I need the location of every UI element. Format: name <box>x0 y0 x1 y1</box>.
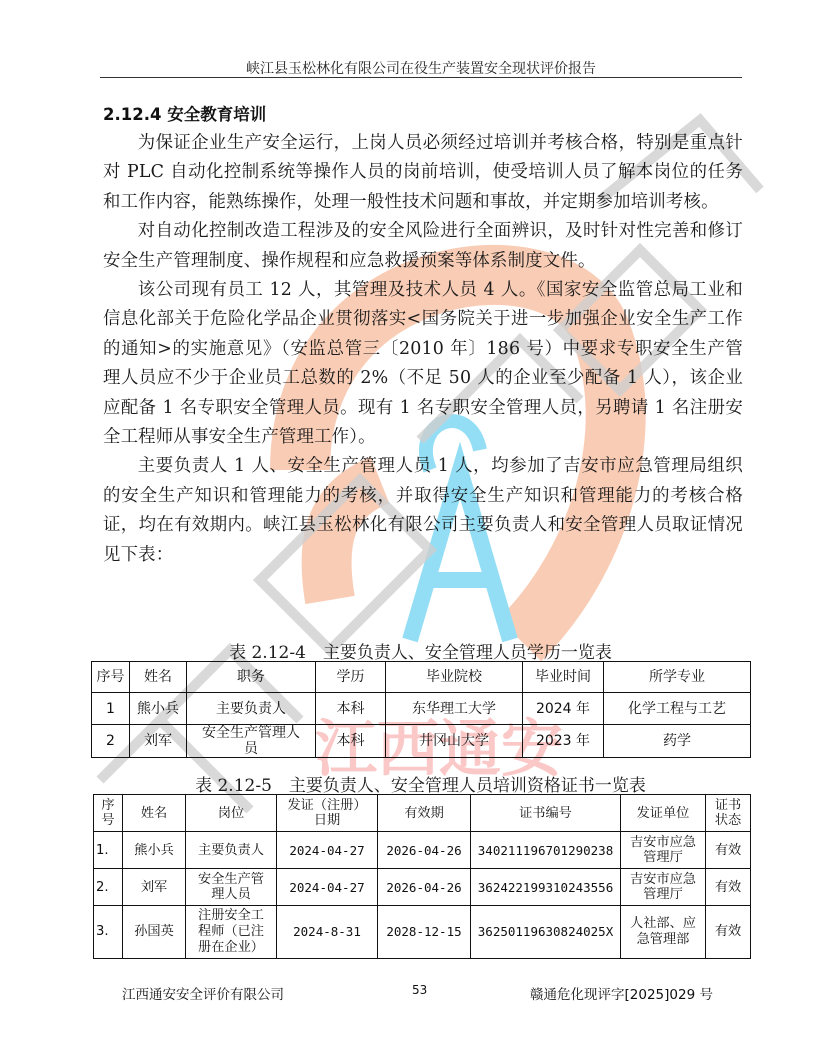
table-cell: 有效 <box>706 832 751 869</box>
table-cell: 有效 <box>706 906 751 959</box>
header-cell: 岗位 <box>186 795 277 832</box>
table-cell: 2024-04-27 <box>277 832 378 869</box>
education-table: 序号 姓名 职务 学历 毕业院校 毕业时间 所学专业 1 熊小兵 主要负责人 本… <box>91 661 751 758</box>
header-cell: 职务 <box>187 662 316 693</box>
paragraph: 为保证企业生产安全运行，上岗人员必须经过培训并考核合格，特别是重点针对 PLC … <box>103 129 743 217</box>
paragraph: 主要负责人 1 人、安全生产管理人员 1 人，均参加了吉安市应急管理局组织的安全… <box>103 452 743 570</box>
table-cell: 药学 <box>604 725 751 758</box>
header-cell: 证书编号 <box>471 795 621 832</box>
table-cell: 2026-04-26 <box>378 869 471 906</box>
table-cell: 2024-8-31 <box>277 906 378 959</box>
table-cell: 本科 <box>316 725 386 758</box>
table-cell: 熊小兵 <box>130 693 187 725</box>
table-caption: 表 2.12-5 主要负责人、安全管理人员培训资格证书一览表 <box>91 771 750 796</box>
table-cell: 3. <box>94 906 123 959</box>
table-cell: 刘军 <box>123 869 186 906</box>
header-cell: 序号 <box>92 662 130 693</box>
table-cell: 2. <box>94 869 123 906</box>
table-cell: 2023 年 <box>523 725 604 758</box>
paragraph: 该公司现有员工 12 人，其管理及技术人员 4 人。《国家安全监管总局工业和信息… <box>103 276 743 452</box>
table-cell: 本科 <box>316 693 386 725</box>
header-cell: 毕业院校 <box>386 662 523 693</box>
table-header-row: 序号 姓名 职务 学历 毕业院校 毕业时间 所学专业 <box>92 662 751 693</box>
table-row: 2 刘军 安全生产管理人员 本科 井冈山大学 2023 年 药学 <box>92 725 751 758</box>
header-cell: 发证（注册）日期 <box>277 795 378 832</box>
header-cell: 所学专业 <box>604 662 751 693</box>
table-cell: 安全生产管理人员 <box>186 869 277 906</box>
footer-company: 江西通安安全评价有限公司 <box>122 983 284 1003</box>
section-heading: 2.12.4 安全教育培训 <box>103 101 266 125</box>
table-cell: 1 <box>92 693 130 725</box>
header-cell: 学历 <box>316 662 386 693</box>
paragraph: 对自动化控制改造工程涉及的安全风险进行全面辨识，及时针对性完善和修订安全生产管理… <box>103 217 743 276</box>
table-cell: 主要负责人 <box>187 693 316 725</box>
table-cell: 2024 年 <box>523 693 604 725</box>
table-row: 1. 熊小兵 主要负责人 2024-04-27 2026-04-26 34021… <box>94 832 751 869</box>
header-cell: 序号 <box>94 795 123 832</box>
table-header-row: 序号 姓名 岗位 发证（注册）日期 有效期 证书编号 发证单位 证书状态 <box>94 795 751 832</box>
table-cell: 2024-04-27 <box>277 869 378 906</box>
table-cell: 36250119630824025X <box>471 906 621 959</box>
table-cell: 主要负责人 <box>186 832 277 869</box>
page-number: 53 <box>412 983 427 997</box>
certificate-table: 序号 姓名 岗位 发证（注册）日期 有效期 证书编号 发证单位 证书状态 1. … <box>93 794 751 959</box>
header-divider <box>100 77 742 78</box>
table-cell: 化学工程与工艺 <box>604 693 751 725</box>
table-cell: 孙国英 <box>123 906 186 959</box>
table-cell: 人社部、应急管理部 <box>621 906 706 959</box>
header-cell: 姓名 <box>123 795 186 832</box>
footer-doc-number: 赣通危化现评字[2025]029 号 <box>530 983 713 1003</box>
document-page: 江西通安 峡江县玉松林化有限公司在役生产装置安全现状评价报告 2.12.4 安全… <box>0 0 816 1056</box>
table-cell: 吉安市应急管理厅 <box>621 832 706 869</box>
table-cell: 2026-04-26 <box>378 832 471 869</box>
header-cell: 姓名 <box>130 662 187 693</box>
table-cell: 注册安全工程师（已注册在企业） <box>186 906 277 959</box>
table-cell: 东华理工大学 <box>386 693 523 725</box>
table-row: 2. 刘军 安全生产管理人员 2024-04-27 2026-04-26 362… <box>94 869 751 906</box>
header-cell: 毕业时间 <box>523 662 604 693</box>
header-cell: 有效期 <box>378 795 471 832</box>
table-cell: 熊小兵 <box>123 832 186 869</box>
table-caption: 表 2.12-4 主要负责人、安全管理人员学历一览表 <box>91 638 750 663</box>
table-cell: 安全生产管理人员 <box>187 725 316 758</box>
table-cell: 刘军 <box>130 725 187 758</box>
body-text: 为保证企业生产安全运行，上岗人员必须经过培训并考核合格，特别是重点针对 PLC … <box>103 129 743 570</box>
table-cell: 2028-12-15 <box>378 906 471 959</box>
table-cell: 吉安市应急管理厅 <box>621 869 706 906</box>
header-cell: 发证单位 <box>621 795 706 832</box>
table-cell: 2 <box>92 725 130 758</box>
table-cell: 340211196701290238 <box>471 832 621 869</box>
table-cell: 有效 <box>706 869 751 906</box>
header-cell: 证书状态 <box>706 795 751 832</box>
table-cell: 井冈山大学 <box>386 725 523 758</box>
table-row: 3. 孙国英 注册安全工程师（已注册在企业） 2024-8-31 2028-12… <box>94 906 751 959</box>
table-cell: 362422199310243556 <box>471 869 621 906</box>
table-row: 1 熊小兵 主要负责人 本科 东华理工大学 2024 年 化学工程与工艺 <box>92 693 751 725</box>
running-header: 峡江县玉松林化有限公司在役生产装置安全现状评价报告 <box>100 58 742 78</box>
table-cell: 1. <box>94 832 123 869</box>
